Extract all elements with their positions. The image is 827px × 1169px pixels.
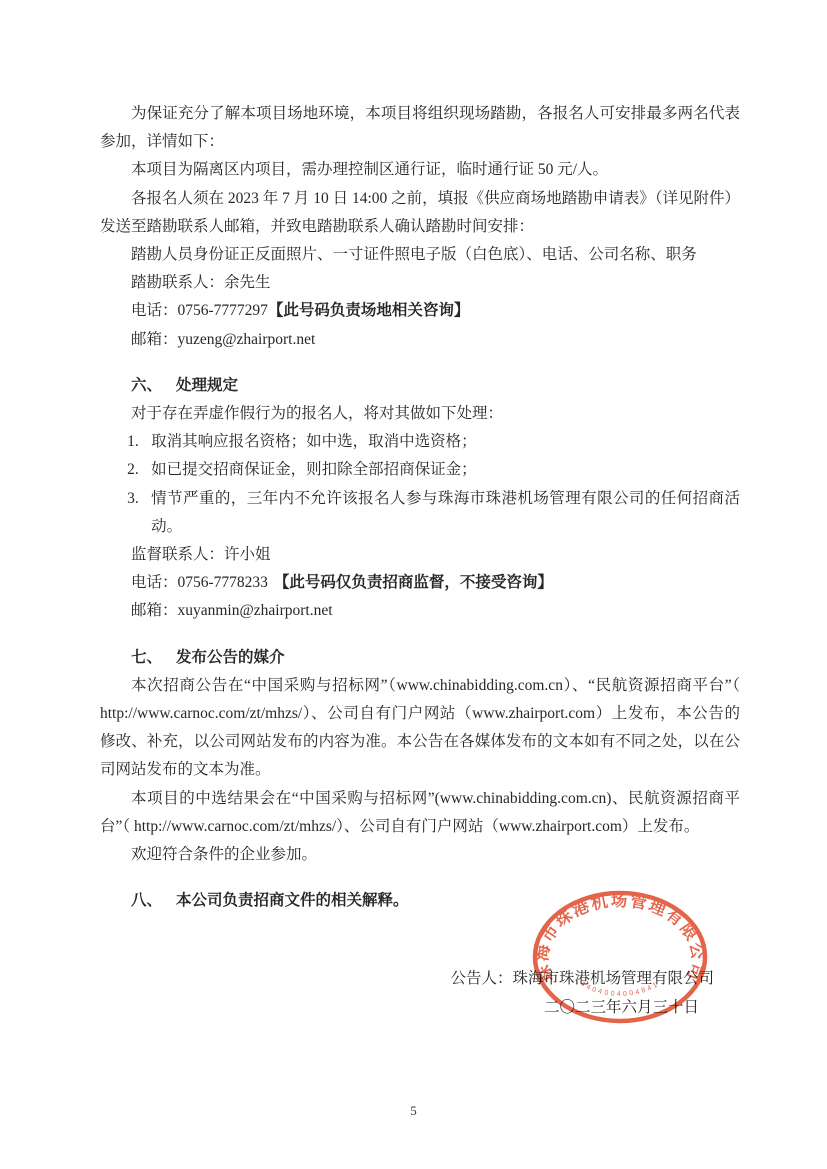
- list-item-number: 3.: [127, 485, 151, 541]
- section6-title: 处理规定: [176, 377, 238, 394]
- list-item-text: 如已提交招商保证金，则扣除全部招商保证金；: [151, 456, 740, 484]
- paragraph-media-publish: 本次招商公告在“中国采购与招标网”（www.chinabidding.com.c…: [100, 672, 740, 785]
- survey-email-line: 邮箱：yuzeng@zhairport.net: [100, 326, 740, 354]
- survey-phone-line: 电话：0756-7777297【此号码负责场地相关咨询】: [100, 297, 740, 325]
- section6-heading: 六、处理规定: [100, 372, 740, 400]
- page-number: 5: [0, 1103, 827, 1119]
- survey-phone-note: 【此号码负责场地相关咨询】: [268, 302, 470, 319]
- paragraph-survey-deadline: 各报名人须在 2023 年 7 月 10 日 14:00 之前，填报《供应商场地…: [100, 185, 740, 241]
- paragraph-pass-requirement: 本项目为隔离区内项目，需办理控制区通行证，临时通行证 50 元/人。: [100, 156, 740, 184]
- paragraph-result-publish: 本项目的中选结果会在“中国采购与招标网”(www.chinabidding.co…: [100, 785, 740, 841]
- announcement-date: 二〇二三年六月三十日: [100, 994, 714, 1022]
- announcer-line: 公告人：珠海市珠港机场管理有限公司: [100, 965, 714, 993]
- supervisor-email-line: 邮箱：xuyanmin@zhairport.net: [100, 597, 740, 625]
- survey-phone-number: 电话：0756-7777297: [131, 302, 268, 319]
- survey-contact-line: 踏勘联系人：余先生: [100, 269, 740, 297]
- list-item-text: 取消其响应报名资格；如中选，取消中选资格；: [151, 428, 740, 456]
- section8-number: 八、: [131, 892, 162, 909]
- list-item: 1. 取消其响应报名资格；如中选，取消中选资格；: [100, 428, 740, 456]
- section8-heading: 八、本公司负责招商文件的相关解释。: [100, 887, 740, 915]
- list-item: 2. 如已提交招商保证金，则扣除全部招商保证金；: [100, 456, 740, 484]
- section7-title: 发布公告的媒介: [176, 649, 285, 666]
- paragraph-welcome: 欢迎符合条件的企业参加。: [100, 841, 740, 869]
- supervisor-contact-line: 监督联系人：许小姐: [100, 541, 740, 569]
- list-item-text: 情节严重的，三年内不允许该报名人参与珠海市珠港机场管理有限公司的任何招商活动。: [151, 485, 740, 541]
- section8-title: 本公司负责招商文件的相关解释。: [176, 892, 409, 909]
- list-item-number: 1.: [127, 428, 151, 456]
- list-item-number: 2.: [127, 456, 151, 484]
- section7-number: 七、: [131, 649, 162, 666]
- list-item: 3. 情节严重的，三年内不允许该报名人参与珠海市珠港机场管理有限公司的任何招商活…: [100, 485, 740, 541]
- signature-block: 公告人：珠海市珠港机场管理有限公司 二〇二三年六月三十日: [100, 965, 740, 1021]
- section6-intro: 对于存在弄虚作假行为的报名人，将对其做如下处理：: [100, 400, 740, 428]
- supervisor-phone-number: 电话：0756-7778233: [131, 574, 268, 591]
- paragraph-survey-materials: 踏勘人员身份证正反面照片、一寸证件照电子版（白色底）、电话、公司名称、职务: [100, 241, 740, 269]
- paragraph-survey-intro: 为保证充分了解本项目场地环境，本项目将组织现场踏勘，各报名人可安排最多两名代表参…: [100, 100, 740, 156]
- section7-heading: 七、发布公告的媒介: [100, 644, 740, 672]
- section6-number: 六、: [131, 377, 162, 394]
- document-page: 为保证充分了解本项目场地环境，本项目将组织现场踏勘，各报名人可安排最多两名代表参…: [0, 0, 827, 1169]
- supervisor-phone-line: 电话：0756-7778233【此号码仅负责招商监督，不接受咨询】: [100, 569, 740, 597]
- supervisor-phone-note: 【此号码仅负责招商监督，不接受咨询】: [274, 574, 553, 591]
- document-body: 为保证充分了解本项目场地环境，本项目将组织现场踏勘，各报名人可安排最多两名代表参…: [100, 100, 740, 1022]
